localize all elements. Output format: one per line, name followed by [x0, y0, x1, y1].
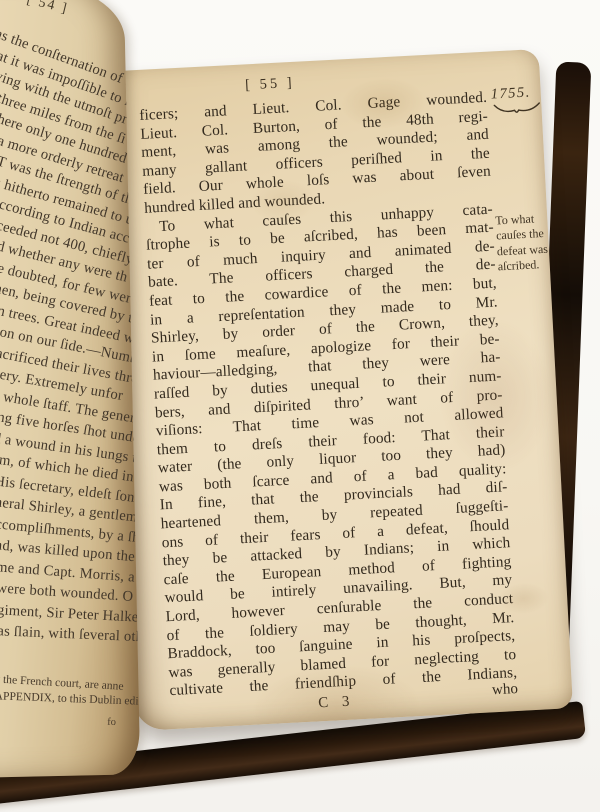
left-page: [ 54 ] was the conſternation of ththat i…: [0, 0, 140, 778]
margin-note: To whatcauſes thedefeat wasaſcribed.: [495, 210, 558, 275]
margin-note-line: aſcribed.: [497, 257, 558, 276]
catchword: who: [492, 681, 519, 699]
right-page: [ 55 ] ficers; and Lieut. Col. Gage woun…: [101, 49, 573, 731]
left-page-text: was the conſternation of ththat it was i…: [0, 13, 140, 643]
text-line: as ſlain, with ſeveral oth: [0, 621, 140, 656]
left-page-footnote: y the French court, are anneAPPENDIX, to…: [0, 665, 140, 705]
book-photo: [ 54 ] was the conſternation of ththat i…: [0, 0, 600, 812]
left-page-catchword: fo: [107, 717, 116, 728]
margin-year-text: 1755.: [490, 84, 531, 102]
left-page-number: [ 54 ]: [25, 0, 70, 18]
right-page-text-column: [ 55 ] ficers; and Lieut. Col. Gage woun…: [138, 64, 519, 725]
margin-year: 1755.: [490, 83, 549, 116]
footnote-line: APPENDIX, to this Dublin edi: [0, 688, 140, 716]
year-underbrace-icon: [492, 101, 543, 116]
